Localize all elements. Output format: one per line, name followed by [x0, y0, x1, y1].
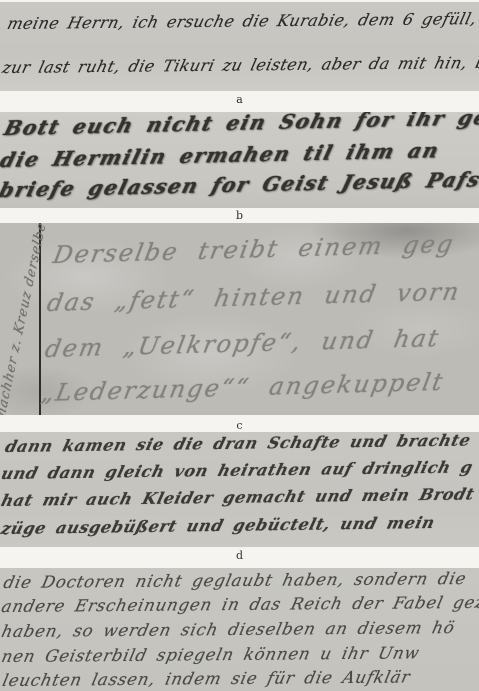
handwriting-line: dann kamen sie die dran Schafte und brac…	[3, 432, 473, 456]
handwriting-line: andere Erscheinungen in das Reich der Fa…	[0, 593, 479, 616]
handwriting-line: hat mir auch Kleider gemacht und mein Br…	[0, 484, 477, 510]
scanned-handwriting-figure: meine Herrn, ich ersuche die Kurabie, de…	[0, 0, 479, 691]
specimen-label-b: b	[0, 210, 479, 221]
handwriting-line: „Lederzunge““ angekuppelt	[39, 368, 447, 407]
handwriting-line: die Hermilin ermahen til ihm an	[0, 138, 442, 172]
handwriting-line: nen Geisterbild spiegeln können u ihr Un…	[0, 643, 422, 666]
specimen-strip-c: nachher z. Kreuz derselbe Derselbe treib…	[0, 223, 479, 415]
handwriting-line: zur last ruht, die Tikuri zu leisten, ab…	[0, 53, 479, 77]
handwriting-line: und dann gleich von heirathen auf dringl…	[0, 457, 475, 483]
handwriting-line: haben, so werden sich dieselben an diese…	[0, 618, 457, 641]
handwriting-line: meine Herrn, ich ersuche die Kurabie, de…	[5, 9, 478, 33]
handwriting-line: Derselbe treibt einem geg	[51, 230, 457, 269]
specimen-strip-bottom: die Doctoren nicht geglaubt haben, sonde…	[0, 568, 479, 691]
specimen-label-d: d	[0, 550, 479, 561]
handwriting-line: leuchten lassen, indem sie für die Aufkl…	[1, 667, 413, 690]
specimen-label-c: c	[0, 420, 479, 431]
specimen-strip-b: Bott euch nicht ein Sohn for ihr ge die …	[0, 112, 479, 208]
handwriting-line: Bott euch nicht ein Sohn for ihr ge	[2, 112, 479, 140]
handwriting-line: züge ausgebüßert und gebüctelt, und mein	[0, 513, 437, 538]
specimen-strip-d: dann kamen sie die dran Schafte und brac…	[0, 432, 479, 547]
handwriting-line: dem „Uelkropfe“, und hat	[43, 324, 443, 363]
specimen-label-a: a	[0, 94, 479, 105]
specimen-strip-a: meine Herrn, ich ersuche die Kurabie, de…	[0, 2, 479, 91]
handwriting-line: die Doctoren nicht geglaubt haben, sonde…	[2, 569, 469, 592]
handwriting-line: briefe gelassen for Geist Jesuß Pafs.	[0, 167, 479, 202]
handwriting-line: das „fett“ hinten und vorn	[45, 278, 463, 317]
